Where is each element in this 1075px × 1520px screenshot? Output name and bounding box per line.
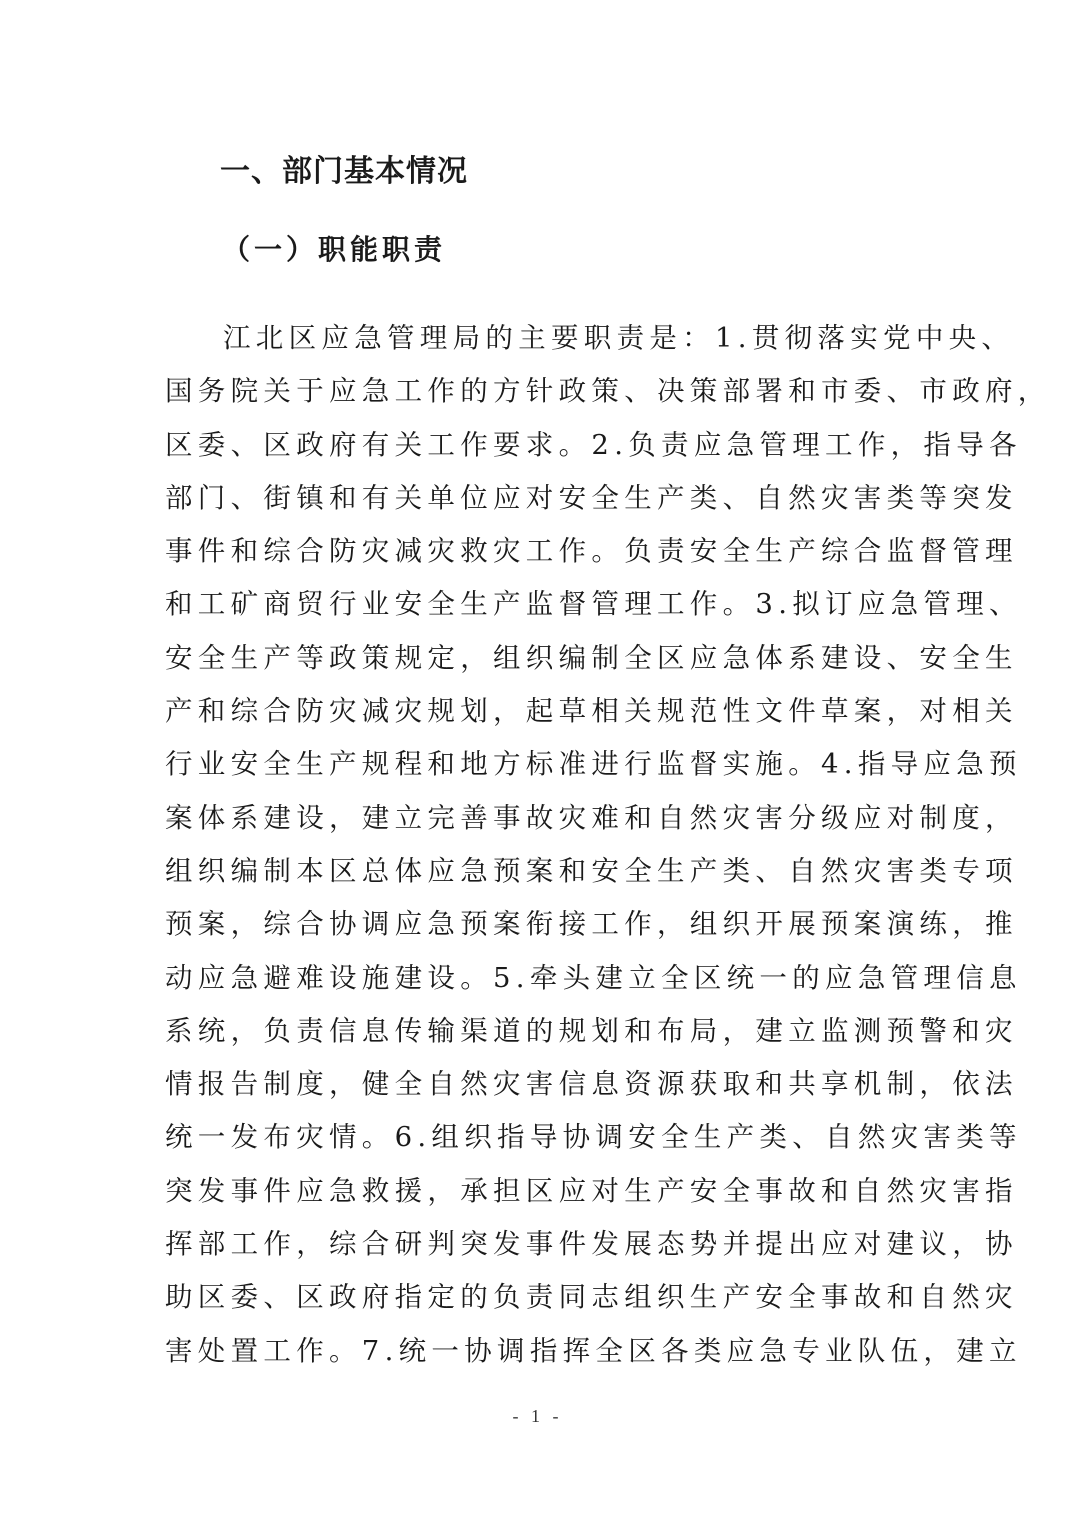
paragraph-line: 安全生产等政策规定，组织编制全区应急体系建设、安全生 — [165, 632, 915, 685]
paragraph-line: 事件和综合防灾减灾救灾工作。负责安全生产综合监督管理 — [165, 525, 915, 578]
paragraph-line: 情报告制度，健全自然灾害信息资源获取和共享机制，依法 — [165, 1058, 915, 1111]
document-page: 一、部门基本情况 （一）职能职责 江北区应急管理局的主要职责是：1.贯彻落实党中… — [0, 0, 1075, 1520]
paragraph-line: 突发事件应急救援，承担区应对生产安全事故和自然灾害指 — [165, 1165, 915, 1218]
paragraph-line: 预案，综合协调应急预案衔接工作，组织开展预案演练，推 — [165, 898, 915, 951]
paragraph-line: 动应急避难设施建设。5.牵头建立全区统一的应急管理信息 — [165, 952, 915, 1005]
section-heading: 一、部门基本情况 — [220, 150, 468, 194]
paragraph-line: 江北区应急管理局的主要职责是：1.贯彻落实党中央、 — [165, 312, 915, 365]
paragraph-line: 案体系建设，建立完善事故灾难和自然灾害分级应对制度， — [165, 792, 915, 845]
paragraph-line: 行业安全生产规程和地方标准进行监督实施。4.指导应急预 — [165, 738, 915, 791]
paragraph-line: 害处置工作。7.统一协调指挥全区各类应急专业队伍，建立 — [165, 1325, 915, 1378]
page-number: - 1 - — [0, 1406, 1075, 1427]
paragraph-line: 助区委、区政府指定的负责同志组织生产安全事故和自然灾 — [165, 1271, 915, 1324]
paragraph-line: 和工矿商贸行业安全生产监督管理工作。3.拟订应急管理、 — [165, 578, 915, 631]
paragraph-line: 产和综合防灾减灾规划，起草相关规范性文件草案，对相关 — [165, 685, 915, 738]
paragraph-line: 部门、街镇和有关单位应对安全生产类、自然灾害类等突发 — [165, 472, 915, 525]
paragraph-line: 统一发布灾情。6.组织指导协调安全生产类、自然灾害类等 — [165, 1111, 915, 1164]
paragraph-line: 区委、区政府有关工作要求。2.负责应急管理工作，指导各 — [165, 419, 915, 472]
subsection-heading: （一）职能职责 — [222, 228, 446, 272]
paragraph-line: 挥部工作，综合研判突发事件发展态势并提出应对建议，协 — [165, 1218, 915, 1271]
duties-paragraph: 江北区应急管理局的主要职责是：1.贯彻落实党中央、 国务院关于应急工作的方针政策… — [165, 312, 915, 1378]
paragraph-line: 组织编制本区总体应急预案和安全生产类、自然灾害类专项 — [165, 845, 915, 898]
paragraph-line: 系统，负责信息传输渠道的规划和布局，建立监测预警和灾 — [165, 1005, 915, 1058]
paragraph-line: 国务院关于应急工作的方针政策、决策部署和市委、市政府， — [165, 365, 915, 418]
